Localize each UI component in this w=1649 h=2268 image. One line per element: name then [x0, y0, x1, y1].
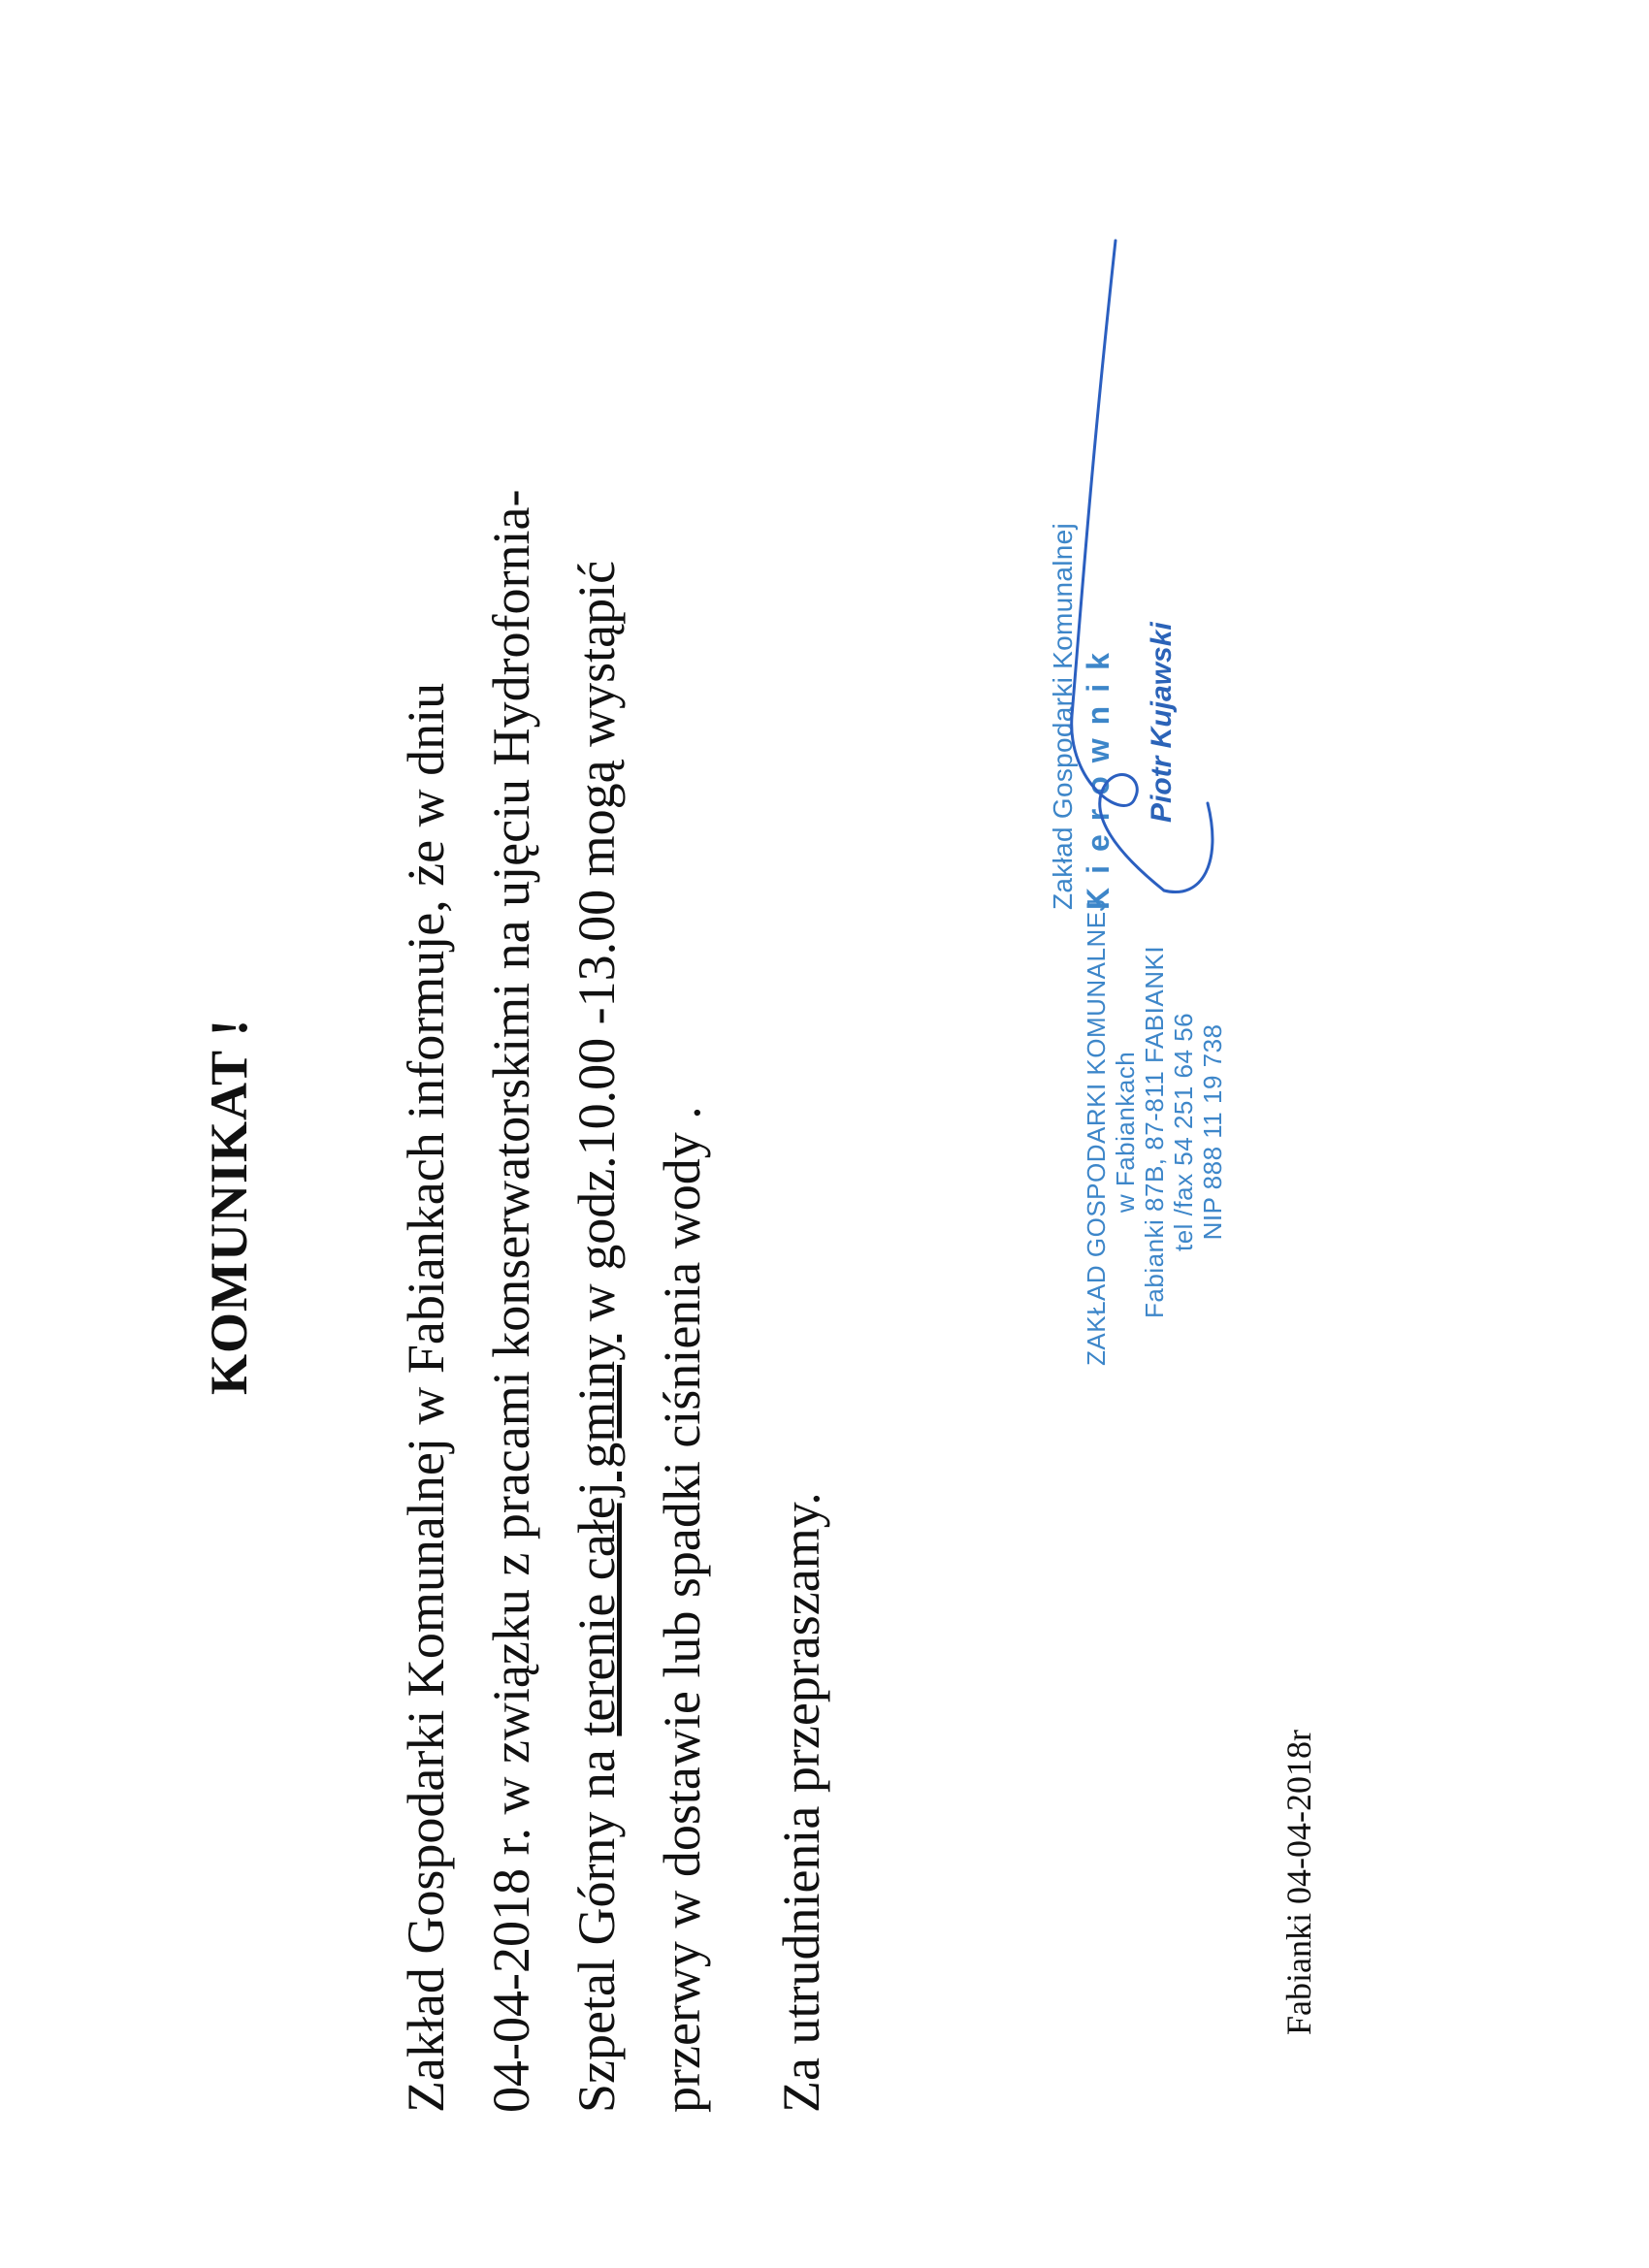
body-line: 04-04-2018 r. w związku z pracami konser…	[469, 270, 554, 2113]
document-body: Zakład Gospodarki Komunalnej w Fabiankac…	[383, 270, 725, 2113]
body-text: Zakład Gospodarki Komunalnej w Fabiankac…	[397, 683, 455, 2113]
body-line: Zakład Gospodarki Komunalnej w Fabiankac…	[383, 270, 469, 2113]
closing-line: Za utrudnienia przepraszamy.	[771, 1492, 831, 2113]
document-page: KOMUNIKAT ! Zakład Gospodarki Komunalnej…	[0, 0, 1649, 2268]
body-text: 04-04-2018 r. w związku z pracami konser…	[482, 490, 540, 2113]
body-text: w godz.10.00 -13.00 mogą wystąpić	[567, 561, 626, 1335]
underlined-text: terenie całej gminy	[567, 1335, 626, 1736]
body-text: przerwy w dostawie lub spadki ciśnienia …	[653, 1106, 711, 2113]
body-line: przerwy w dostawie lub spadki ciśnienia …	[639, 270, 725, 2113]
body-line: Szpetal Górny na terenie całej gminy w g…	[554, 270, 639, 2113]
place-date: Fabianki 04-04-2018r	[1278, 1730, 1319, 2035]
body-text: Szpetal Górny na	[567, 1736, 626, 2113]
document-title: KOMUNIKAT !	[199, 1019, 259, 1396]
handwritten-signature-icon	[999, 231, 1251, 1007]
